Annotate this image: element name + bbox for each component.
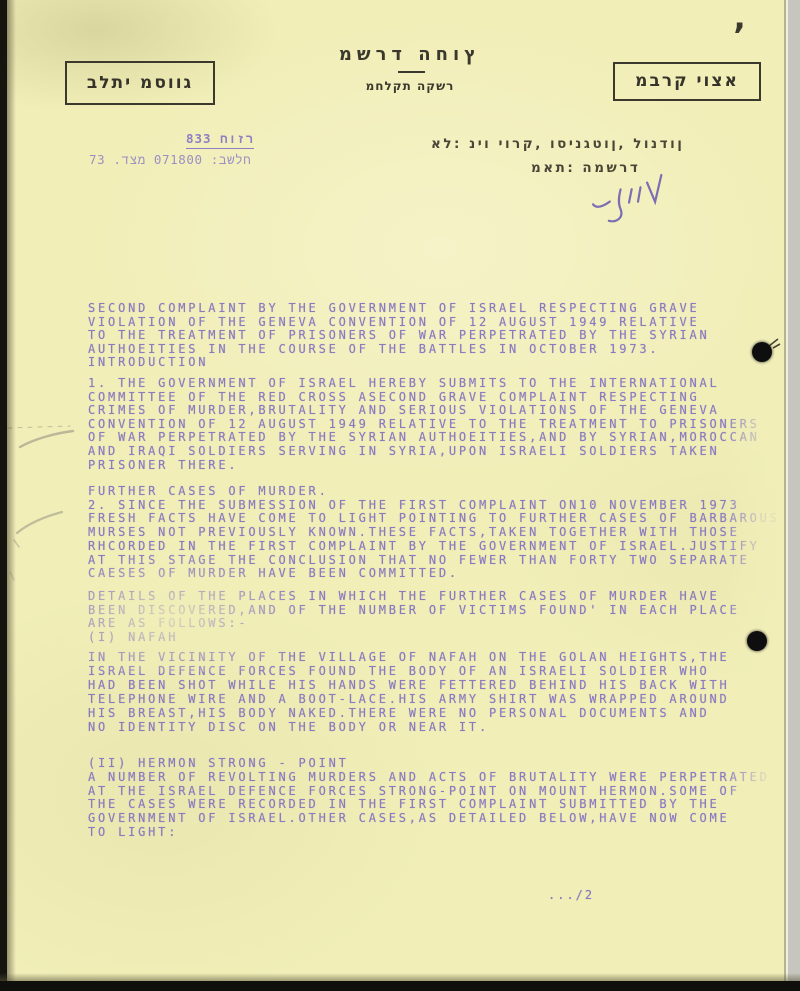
telegram-page: ’ משרד החוץ מחלקת הקשר מברק יוצא בלתי מס… — [0, 0, 800, 991]
scan-edge-right — [786, 0, 800, 991]
hole-punch-bottom — [747, 631, 767, 651]
scan-edge-left-shadow — [7, 0, 16, 991]
page-indicator: .../2 — [548, 888, 594, 902]
scan-edge-left — [0, 0, 7, 991]
scan-fade-right — [724, 288, 788, 872]
hole-punch-top-tick — [766, 336, 784, 352]
handwritten-annotation — [589, 168, 680, 237]
scan-edge-bottom — [0, 981, 800, 991]
scan-edge-bottom-shadow — [0, 973, 800, 981]
pencil-marks — [0, 0, 200, 991]
